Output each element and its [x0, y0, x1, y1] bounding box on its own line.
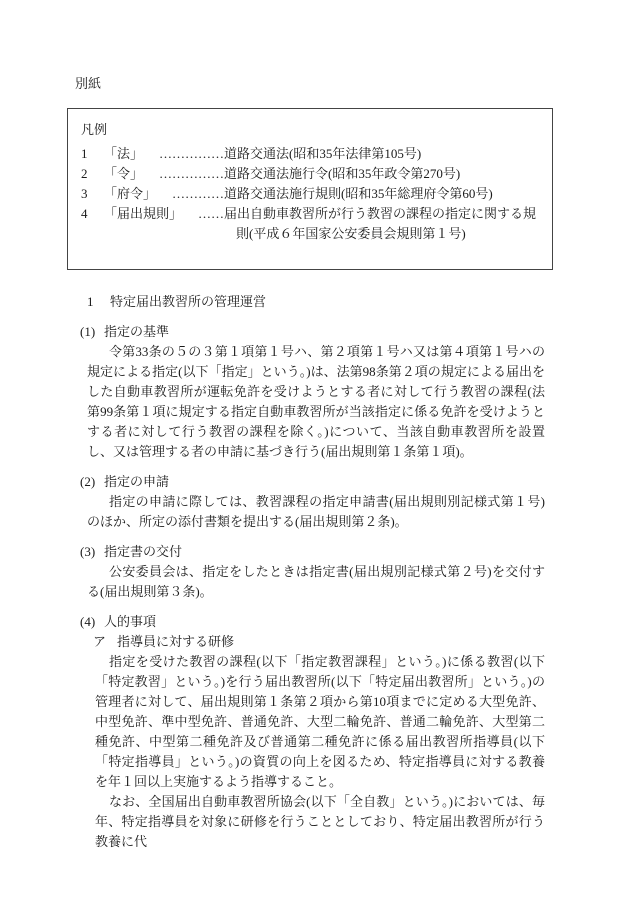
legend-box: 凡例 1 「法」…………… 道路交通法(昭和35年法律第105号) 2 「令」…… — [67, 108, 553, 270]
document-page: 別紙 凡例 1 「法」…………… 道路交通法(昭和35年法律第105号) 2 「… — [0, 0, 630, 903]
section-marker: (1) — [80, 322, 104, 342]
section-1-body: 令第33条の５の３第１項第１号ハ、第２項第１号ハ又は第４項第１号ハの規定による指… — [87, 342, 545, 462]
attachment-label: 別紙 — [75, 0, 630, 94]
section-4-heading: (4)人的事項 — [74, 612, 545, 632]
section-title: 人的事項 — [104, 614, 156, 629]
section-2: (2)指定の申請 指定の申請に際しては、教習課程の指定申請書(届出規則別記様式第… — [74, 472, 545, 532]
legend-description: 道路交通法(昭和35年法律第105号) — [224, 144, 538, 164]
legend-description: 届出自動車教習所が行う教習の課程の指定に関する規則(平成６年国家公安委員会規則第… — [224, 204, 538, 244]
legend-item: 1 「法」…………… 道路交通法(昭和35年法律第105号) — [81, 144, 538, 164]
sub-item-title: 指導員に対する研修 — [117, 634, 234, 649]
document-body: 1特定届出教習所の管理運営 (1)指定の基準 令第33条の５の３第１項第１号ハ、… — [74, 292, 545, 852]
section-title: 指定書の交付 — [104, 544, 182, 559]
sub-item-marker: ア — [93, 632, 117, 652]
sub-item-paragraph-1: 指定を受けた教習の課程(以下「指定教習課程」という。)に係る教習(以下「特定教習… — [95, 652, 545, 792]
legend-title: 凡例 — [81, 120, 538, 140]
legend-term: 「令」 — [104, 164, 143, 184]
section-marker: (2) — [80, 472, 104, 492]
item-title: 特定届出教習所の管理運営 — [110, 294, 266, 309]
legend-item: 3 「府令」………… 道路交通法施行規則(昭和35年総理府令第60号) — [81, 184, 538, 204]
section-1: (1)指定の基準 令第33条の５の３第１項第１号ハ、第２項第１号ハ又は第４項第１… — [74, 322, 545, 462]
section-title: 指定の基準 — [104, 324, 169, 339]
section-title: 指定の申請 — [104, 474, 169, 489]
section-3-heading: (3)指定書の交付 — [74, 542, 545, 562]
legend-term: 「法」 — [104, 144, 143, 164]
dotted-leader: …………… — [159, 144, 224, 164]
legend-description: 道路交通法施行規則(昭和35年総理府令第60号) — [224, 184, 538, 204]
section-marker: (3) — [80, 542, 104, 562]
section-marker: (4) — [80, 612, 104, 632]
legend-item-number: 1 — [81, 144, 104, 164]
legend-description: 道路交通法施行令(昭和35年政令第270号) — [224, 164, 538, 184]
section-2-heading: (2)指定の申請 — [74, 472, 545, 492]
dotted-leader: …………… — [159, 164, 224, 184]
dotted-leader: ………… — [172, 184, 224, 204]
legend-term: 「届出規則」 — [104, 204, 182, 244]
sub-item-paragraph-2: なお、全国届出自動車教習所協会(以下「全自教」という。)においては、毎年、特定指… — [95, 792, 545, 852]
item-1-heading: 1特定届出教習所の管理運営 — [74, 292, 545, 312]
sub-item-heading: ア指導員に対する研修 — [74, 632, 545, 652]
legend-item-number: 4 — [81, 204, 104, 244]
section-1-heading: (1)指定の基準 — [74, 322, 545, 342]
legend-item-number: 3 — [81, 184, 104, 204]
legend-item-number: 2 — [81, 164, 104, 184]
item-marker: 1 — [87, 292, 110, 312]
dotted-leader: …… — [198, 204, 224, 244]
section-3: (3)指定書の交付 公安委員会は、指定をしたときは指定書(届出規別記様式第２号)… — [74, 542, 545, 602]
section-2-body: 指定の申請に際しては、教習課程の指定申請書(届出規則別記様式第１号)のほか、所定… — [87, 492, 545, 532]
section-4: (4)人的事項 ア指導員に対する研修 指定を受けた教習の課程(以下「指定教習課程… — [74, 612, 545, 852]
legend-item: 4 「届出規則」…… 届出自動車教習所が行う教習の課程の指定に関する規則(平成６… — [81, 204, 538, 244]
legend-term: 「府令」 — [104, 184, 156, 204]
legend-item: 2 「令」…………… 道路交通法施行令(昭和35年政令第270号) — [81, 164, 538, 184]
section-3-body: 公安委員会は、指定をしたときは指定書(届出規別記様式第２号)を交付する(届出規則… — [87, 562, 545, 602]
